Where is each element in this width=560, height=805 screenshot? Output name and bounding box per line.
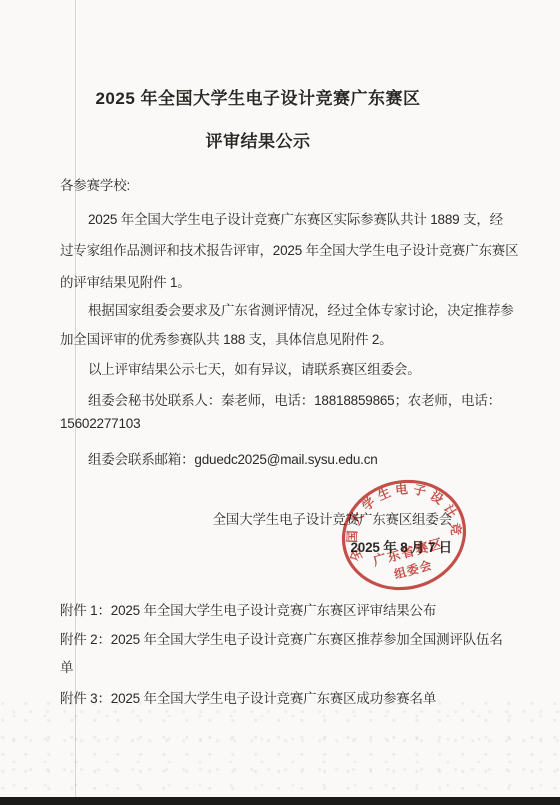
scan-noise-texture (0, 700, 560, 797)
body-line: 根据国家组委会要求及广东省测评情况，经过全体专家讨论，决定推荐参 (60, 299, 514, 319)
body-line: 2025 年全国大学生电子设计竞赛广东赛区实际参赛队共计 1889 支，经 (60, 208, 503, 228)
body-line: 以上评审结果公示七天，如有异议，请联系赛区组委会。 (60, 358, 421, 378)
salutation: 各参赛学校: (60, 174, 130, 194)
body-line: 过专家组作品测评和技术报告评审，2025 年全国大学生电子设计竞赛广东赛区 (60, 239, 518, 259)
body-line: 组委会秘书处联系人：秦老师，电话：18818859865；农老师，电话： (60, 389, 501, 409)
attachment-line: 附件 2：2025 年全国大学生电子设计竞赛广东赛区推荐参加全国测评队伍名 (60, 628, 503, 648)
body-line: 的评审结果见附件 1。 (60, 271, 191, 291)
document-title-line-2: 评审结果公示 (56, 127, 460, 152)
scan-bottom-edge (0, 797, 560, 805)
attachment-line: 附件 3：2025 年全国大学生电子设计竞赛广东赛区成功参赛名单 (60, 687, 436, 707)
attachment-line: 附件 1：2025 年全国大学生电子设计竞赛广东赛区评审结果公布 (60, 599, 436, 619)
official-seal-stamp: 全国大学生电子设计竞赛 广东省赛区 组委会 (324, 457, 484, 617)
attachment-line: 单 (60, 656, 73, 676)
body-line: 加全国评审的优秀参赛队共 188 支，具体信息见附件 2。 (60, 328, 392, 348)
scanned-document-page: 2025 年全国大学生电子设计竞赛广东赛区 评审结果公示 各参赛学校: 2025… (0, 0, 560, 805)
body-line: 15602277103 (60, 416, 140, 431)
document-title-line-1: 2025 年全国大学生电子设计竞赛广东赛区 (56, 84, 460, 109)
